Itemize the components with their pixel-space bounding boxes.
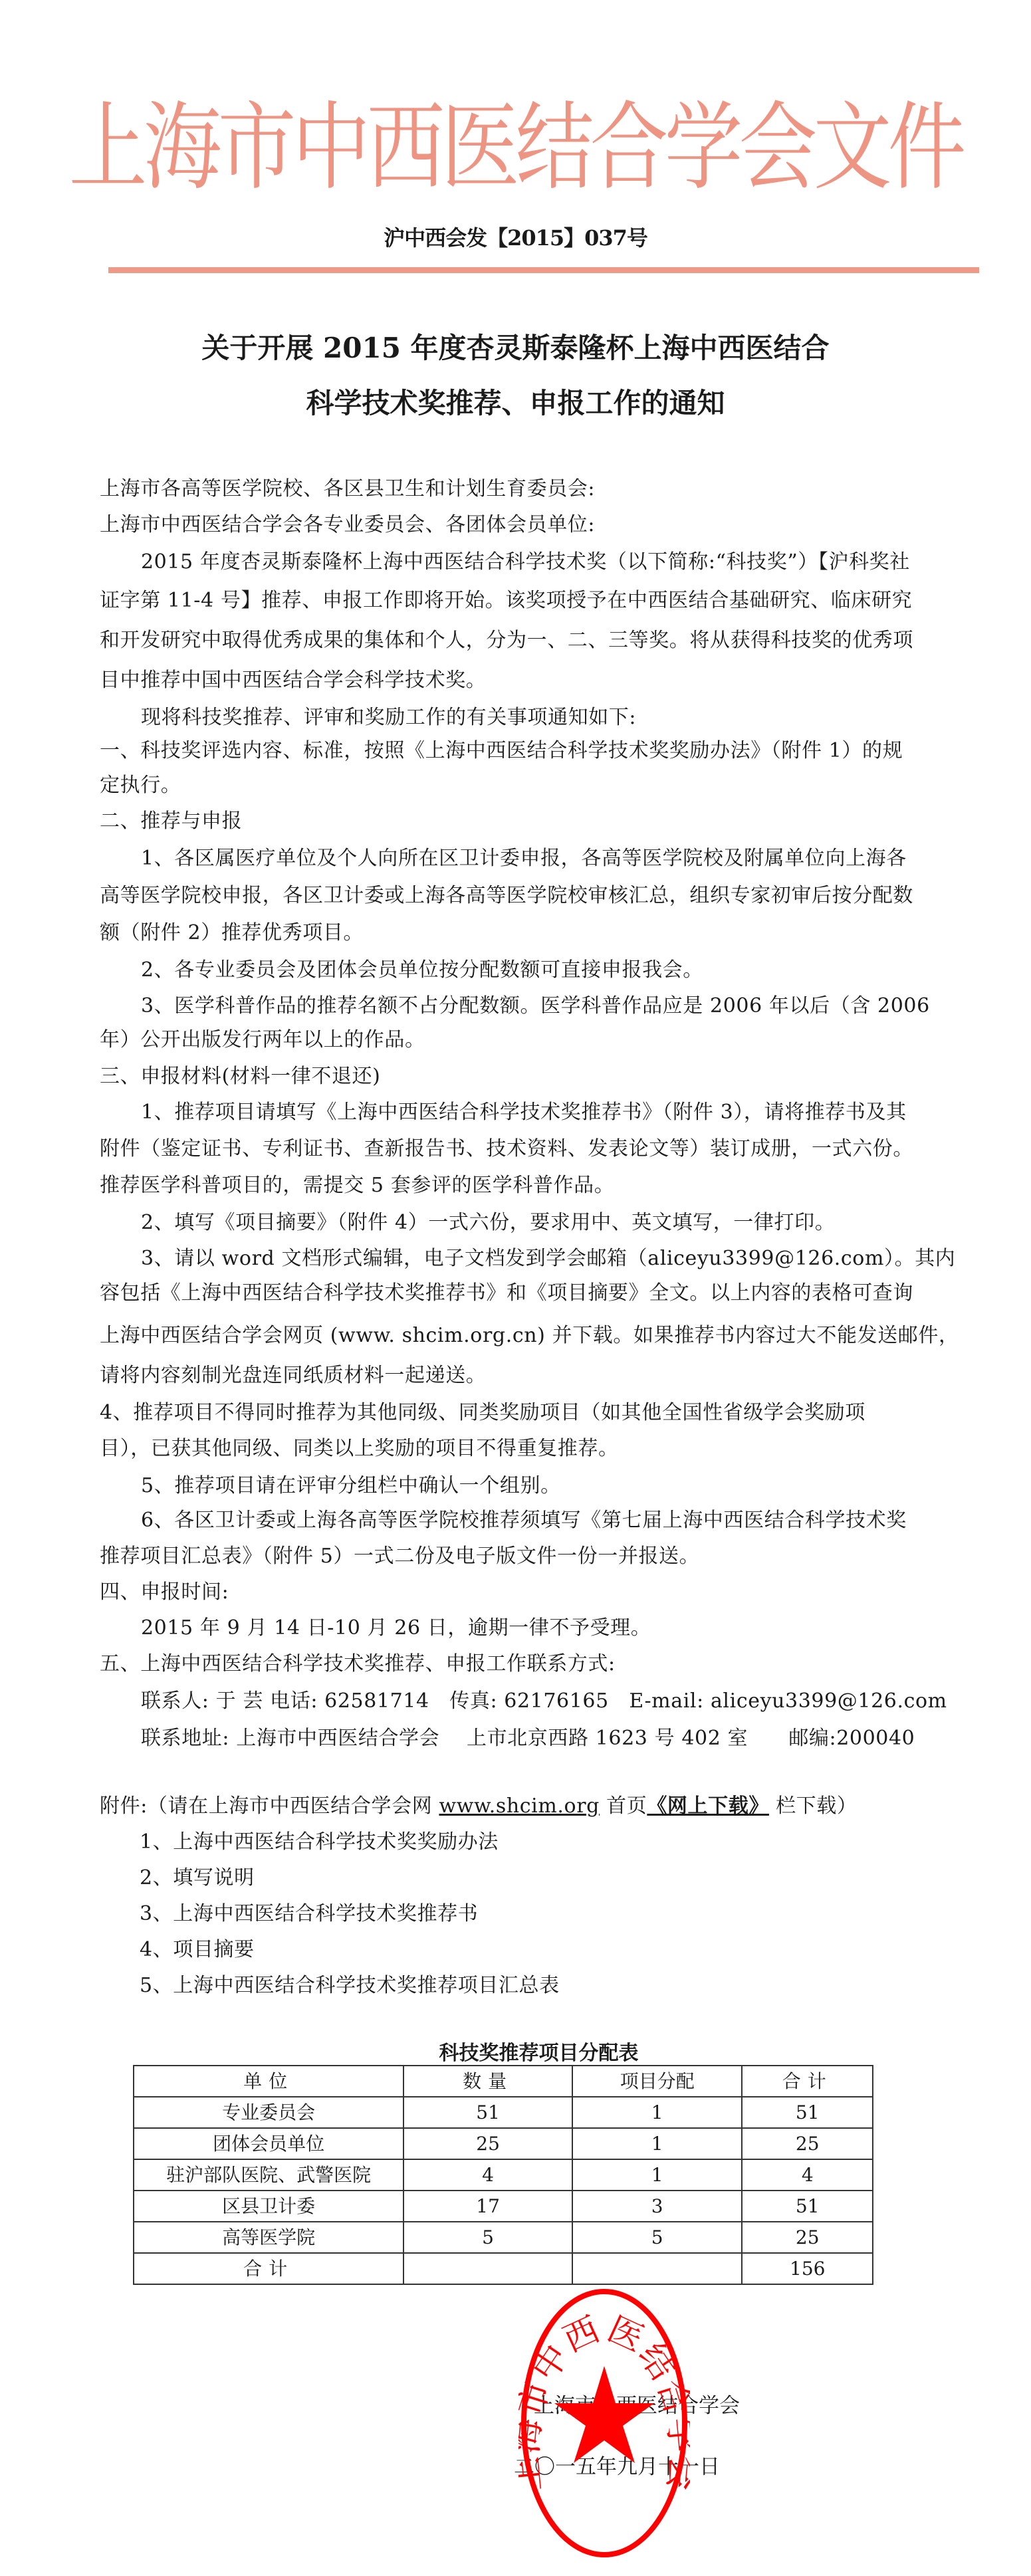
- cell-quantity: 51: [403, 2097, 572, 2128]
- attachments-intro-mid: 首页: [600, 1794, 647, 1818]
- cell-total: 25: [742, 2128, 873, 2159]
- document-number: 沪中西会发【2015】037号: [0, 225, 1031, 251]
- cell-unit: 区县卫计委: [134, 2191, 403, 2222]
- section-2-line: 额（附件 2）推荐优秀项目。: [100, 920, 364, 946]
- section-2-line: 高等医学院校申报，各区卫计委或上海各高等医学院校审核汇总，组织专家初审后按分配数: [100, 883, 913, 909]
- cell-unit: 高等医学院: [134, 2222, 403, 2253]
- cell-total: 25: [742, 2222, 873, 2253]
- section-3-line: 容包括《上海中西医结合科学技术奖推荐书》和《项目摘要》全文。以上内容的表格可查询: [100, 1280, 913, 1307]
- intro-paragraph-line: 证字第 11-4 号】推荐、申报工作即将开始。该奖项授予在中西医结合基础研究、临…: [100, 588, 912, 614]
- section-3-line: 推荐医学科普项目的，需提交 5 套参评的医学科普作品。: [100, 1172, 614, 1199]
- addressee-line: 上海市各高等医学院校、各区县卫生和计划生育委员会:: [100, 476, 595, 502]
- allocation-table: 单位 数量 项目分配 合计 专业委员会 51 1 51 团体会员单位 25 1 …: [133, 2065, 873, 2285]
- table-header-row: 单位 数量 项目分配 合计: [134, 2066, 873, 2097]
- cell-unit: 驻沪部队医院、武警医院: [134, 2159, 403, 2191]
- intro-paragraph-line: 目中推荐中国中西医结合学会科学技术奖。: [100, 667, 486, 694]
- attachment-item: 4、项目摘要: [140, 1937, 255, 1963]
- letterhead-divider: [108, 267, 979, 273]
- download-section-link[interactable]: 《网上下载》: [647, 1794, 769, 1818]
- attachment-item: 2、填写说明: [140, 1865, 255, 1891]
- section-2-line: 1、各区属医疗单位及个人向所在区卫计委申报，各高等医学院校及附属单位向上海各: [141, 845, 907, 872]
- website-link[interactable]: www.shcim.org: [439, 1794, 600, 1818]
- cell-total: 51: [742, 2097, 873, 2128]
- section-1-line: 定执行。: [100, 772, 181, 799]
- cell-total: 4: [742, 2159, 873, 2191]
- cell-unit: 团体会员单位: [134, 2128, 403, 2159]
- attachments-intro: 附件:（请在上海市中西医结合学会网 www.shcim.org 首页《网上下载》…: [100, 1793, 857, 1820]
- attachments-intro-suffix: 栏下载）: [769, 1794, 858, 1818]
- cell-allocation: 1: [572, 2128, 743, 2159]
- section-3-line: 目），已获其他同级、同类以上奖励的项目不得重复推荐。: [100, 1436, 619, 1462]
- intro-paragraph-line: 和开发研究中取得优秀成果的集体和个人，分为一、二、三等奖。将从获得科技奖的优秀项: [100, 627, 913, 654]
- section-3-line: 1、推荐项目请填写《上海中西医结合科学技术奖推荐书》（附件 3），请将推荐书及其: [141, 1099, 907, 1126]
- attachment-item: 1、上海中西医结合科学技术奖奖励办法: [140, 1829, 499, 1856]
- attachments-intro-prefix: 附件:（请在上海市中西医结合学会网: [100, 1794, 439, 1818]
- section-3-line: 5、推荐项目请在评审分组栏中确认一个组别。: [141, 1473, 561, 1499]
- section-2-line: 年）公开出版发行两年以上的作品。: [100, 1027, 425, 1053]
- cell-allocation: 3: [572, 2191, 743, 2222]
- cell-allocation: 1: [572, 2097, 743, 2128]
- intro-paragraph-line: 2015 年度杏灵斯泰隆杯上海中西医结合科学技术奖（以下简称:“科技奖”）【沪科…: [141, 549, 910, 576]
- intro-paragraph-line: 现将科技奖推荐、评审和奖励工作的有关事项通知如下:: [141, 704, 636, 731]
- cell-unit: 合计: [134, 2253, 403, 2284]
- table-row: 区县卫计委 17 3 51: [134, 2191, 873, 2222]
- section-3-line: 3、请以 word 文档形式编辑，电子文档发到学会邮箱（aliceyu3399@…: [141, 1245, 955, 1272]
- section-3-line: 4、推荐项目不得同时推荐为其他同级、同类奖励项目（如其他全国性省级学会奖励项: [100, 1400, 865, 1426]
- table-row: 驻沪部队医院、武警医院 4 1 4: [134, 2159, 873, 2191]
- addressee-line: 上海市中西医结合学会各专业委员会、各团体会员单位:: [100, 512, 595, 538]
- cell-allocation: 5: [572, 2222, 743, 2253]
- section-2-line: 3、医学科普作品的推荐名额不占分配数额。医学科普作品应是 2006 年以后（含 …: [141, 993, 930, 1020]
- cell-unit: 专业委员会: [134, 2097, 403, 2128]
- section-2-heading: 二、推荐与申报: [100, 808, 242, 835]
- cell-total: 51: [742, 2191, 873, 2222]
- notice-title-line-1: 关于开展 2015 年度杏灵斯泰隆杯上海中西医结合: [0, 332, 1031, 365]
- section-4-heading: 四、申报时间:: [100, 1579, 229, 1606]
- cell-quantity: 4: [403, 2159, 572, 2191]
- section-3-line: 上海中西医结合学会网页 (www. shcim.org.cn) 并下载。如果推荐…: [100, 1323, 959, 1349]
- cell-quantity: 25: [403, 2128, 572, 2159]
- table-row: 团体会员单位 25 1 25: [134, 2128, 873, 2159]
- column-header-unit: 单位: [134, 2066, 403, 2097]
- allocation-table-caption: 科技奖推荐项目分配表: [0, 2040, 1031, 2067]
- column-header-allocation: 项目分配: [572, 2066, 743, 2097]
- section-3-heading: 三、申报材料(材料一律不退还): [100, 1063, 380, 1090]
- column-header-total: 合计: [742, 2066, 873, 2097]
- section-2-line: 2、各专业委员会及团体会员单位按分配数额可直接申报我会。: [141, 957, 703, 984]
- table-row: 专业委员会 51 1 51: [134, 2097, 873, 2128]
- section-3-line: 推荐项目汇总表》（附件 5）一式二份及电子版文件一份一并报送。: [100, 1543, 699, 1570]
- table-total-row: 合计 156: [134, 2253, 873, 2284]
- section-5-heading: 五、上海中西医结合科学技术奖推荐、申报工作联系方式:: [100, 1651, 616, 1677]
- cell-allocation: [572, 2253, 743, 2284]
- cell-quantity: 17: [403, 2191, 572, 2222]
- column-header-quantity: 数量: [403, 2066, 572, 2097]
- cell-quantity: 5: [403, 2222, 572, 2253]
- cell-quantity: [403, 2253, 572, 2284]
- section-1-line: 一、科技奖评选内容、标准，按照《上海中西医结合科学技术奖奖励办法》（附件 1）的…: [100, 738, 903, 764]
- cell-allocation: 1: [572, 2159, 743, 2191]
- official-seal-icon: 上海市中西医结合学会: [518, 2286, 690, 2560]
- section-3-line: 附件（鉴定证书、专利证书、查新报告书、技术资料、发表论文等）装订成册，一式六份。: [100, 1136, 913, 1162]
- cell-total: 156: [742, 2253, 873, 2284]
- submission-period: 2015 年 9 月 14 日-10 月 26 日，逾期一律不予受理。: [141, 1615, 651, 1642]
- org-letterhead-title: 上海市中西医结合学会文件: [0, 86, 1031, 208]
- notice-title-line-2: 科学技术奖推荐、申报工作的通知: [0, 387, 1031, 420]
- table-row: 高等医学院 5 5 25: [134, 2222, 873, 2253]
- section-3-line: 2、填写《项目摘要》（附件 4）一式六份，要求用中、英文填写，一律打印。: [141, 1210, 835, 1236]
- contact-line: 联系人: 于 芸 电话: 62581714 传真: 62176165 E-mai…: [141, 1688, 947, 1715]
- section-3-line: 请将内容刻制光盘连同纸质材料一起递送。: [100, 1362, 486, 1389]
- address-line: 联系地址: 上海市中西医结合学会 上市北京西路 1623 号 402 室 邮编:…: [141, 1725, 915, 1752]
- section-3-line: 6、各区卫计委或上海各高等医学院校推荐须填写《第七届上海中西医结合科学技术奖: [141, 1507, 907, 1534]
- attachment-item: 3、上海中西医结合科学技术奖推荐书: [140, 1901, 478, 1927]
- attachment-item: 5、上海中西医结合科学技术奖推荐项目汇总表: [140, 1973, 560, 1999]
